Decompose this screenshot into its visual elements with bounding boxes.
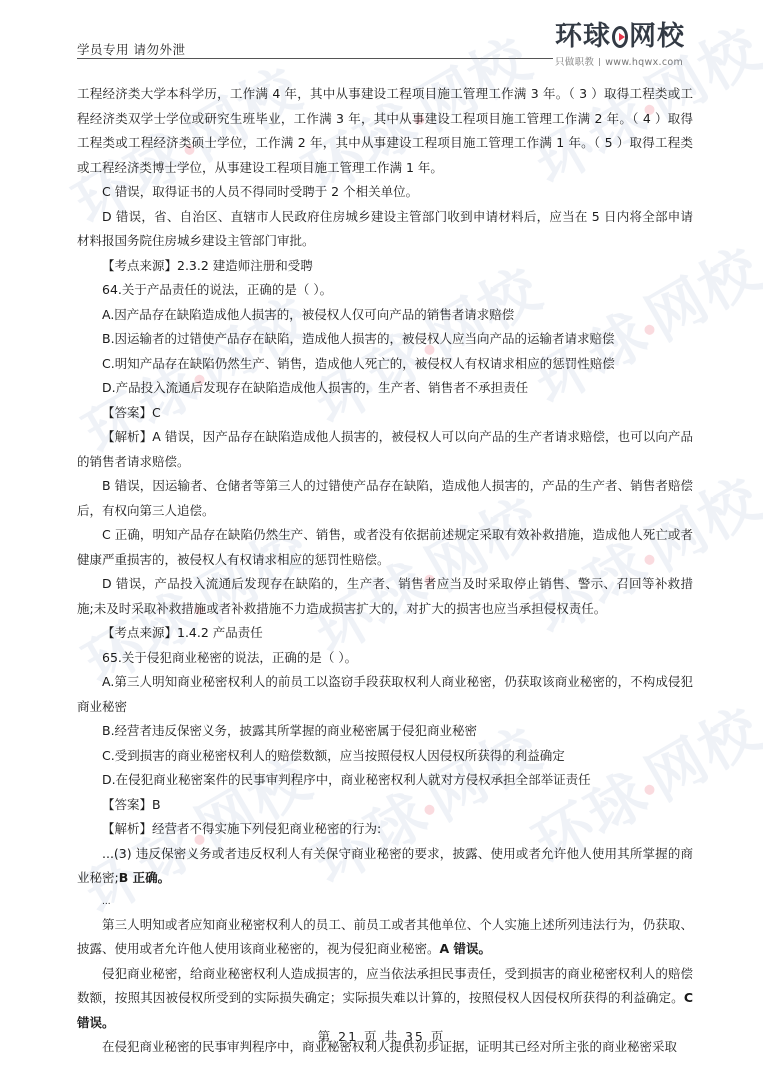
logo-separator [599, 58, 600, 66]
question-64-analysis-a: 【解析】A 错误，因产品存在缺陷造成他人损害的，被侵权人可以向产品的生产者请求赔… [77, 425, 693, 474]
question-64-analysis-c: C 正确，明知产品存在缺陷仍然生产、销售，或者没有依据前述规定采取有效补救措施，… [77, 523, 693, 572]
confidential-notice: 学员专用 请勿外泄 [77, 40, 185, 58]
question-65-answer: 【答案】B [77, 793, 693, 818]
logo-text-part2: 网校 [629, 21, 685, 52]
page-header: 学员专用 请勿外泄 环球网校 只做职教www.hqwx.com [77, 18, 697, 74]
logo-url: www.hqwx.com [605, 57, 683, 68]
document-body: 工程经济类大学本科学历，工作满 4 年，其中从事建设工程项目施工管理工作满 3 … [77, 82, 693, 1060]
question-65-analysis-c: 侵犯商业秘密，给商业秘密权利人造成损害的，应当依法承担民事责任，受到损害的商业秘… [77, 962, 693, 1036]
question-64-stem: 64.关于产品责任的说法，正确的是（ ）。 [77, 278, 693, 303]
question-64-option-d: D.产品投入流通后发现存在缺陷造成他人损害的，生产者、销售者不承担责任 [77, 376, 693, 401]
brand-logo: 环球网校 只做职教www.hqwx.com [555, 22, 695, 68]
question-64-analysis-d: D 错误，产品投入流通后发现存在缺陷的，生产者、销售者应当及时采取停止销售、警示… [77, 572, 693, 621]
question-65-stem: 65.关于侵犯商业秘密的说法，正确的是（ ）。 [77, 646, 693, 671]
question-65-option-b: B.经营者违反保密义务，披露其所掌握的商业秘密属于侵犯商业秘密 [77, 719, 693, 744]
header-divider [77, 58, 553, 59]
analysis-option-c: C 错误，取得证书的人员不得同时受聘于 2 个相关单位。 [77, 180, 693, 205]
question-65-analysis-intro: 【解析】经营者不得实施下列侵犯商业秘密的行为: [77, 817, 693, 842]
page-number: 第 21 页 共 35 页 [0, 1027, 763, 1045]
logo-tagline: 只做职教www.hqwx.com [555, 54, 695, 68]
source-reference: 【考点来源】2.3.2 建造师注册和受聘 [77, 254, 693, 279]
logo-text-part1: 环球 [555, 21, 611, 52]
play-circle-icon [612, 26, 628, 48]
verdict-b-correct: B 正确。 [119, 870, 170, 885]
logo-slogan: 只做职教 [555, 57, 594, 68]
question-65-option-c: C.受到损害的商业秘密权利人的赔偿数额，应当按照侵权人因侵权所获得的利益确定 [77, 744, 693, 769]
analysis-option-d: D 错误，省、自治区、直辖市人民政府住房城乡建设主管部门收到申请材料后，应当在 … [77, 205, 693, 254]
logo-wordmark: 环球网校 [555, 22, 695, 52]
question-64-option-a: A.因产品存在缺陷造成他人损害的，被侵权人仅可向产品的销售者请求赔偿 [77, 303, 693, 328]
paragraph-continued: 工程经济类大学本科学历，工作满 4 年，其中从事建设工程项目施工管理工作满 3 … [77, 82, 693, 180]
question-64-source: 【考点来源】1.4.2 产品责任 [77, 621, 693, 646]
question-64-analysis-b: B 错误，因运输者、仓储者等第三人的过错使产品存在缺陷，造成他人损害的，产品的生… [77, 474, 693, 523]
question-65-option-d: D.在侵犯商业秘密案件的民事审判程序中，商业秘密权利人就对方侵权承担全部举证责任 [77, 768, 693, 793]
question-65-analysis-a: 第三人明知或者应知商业秘密权利人的员工、前员工或者其他单位、个人实施上述所列违法… [77, 913, 693, 962]
ellipsis: ... [77, 891, 693, 913]
question-64-option-b: B.因运输者的过错使产品存在缺陷，造成他人损害的，被侵权人应当向产品的运输者请求… [77, 327, 693, 352]
verdict-a-wrong: A 错误。 [440, 941, 492, 956]
question-65-option-a: A.第三人明知商业秘密权利人的前员工以盗窃手段获取权利人商业秘密，仍获取该商业秘… [77, 670, 693, 719]
question-64-answer: 【答案】C [77, 401, 693, 426]
question-65-analysis-item3: ...(3) 违反保密义务或者违反权利人有关保守商业秘密的要求，披露、使用或者允… [77, 842, 693, 891]
document-page: 学员专用 请勿外泄 环球网校 只做职教www.hqwx.com 环球网校 环球网… [0, 0, 763, 1080]
question-64-option-c: C.明知产品存在缺陷仍然生产、销售，造成他人死亡的，被侵权人有权请求相应的惩罚性… [77, 352, 693, 377]
